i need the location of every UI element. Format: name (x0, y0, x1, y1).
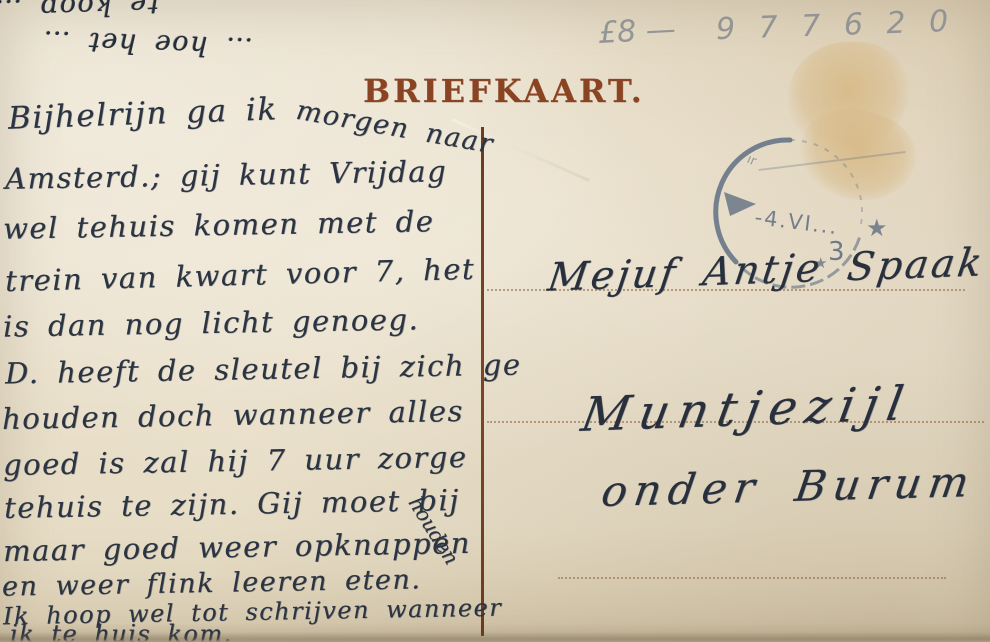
message-line: maar goed weer opknappen (3, 526, 471, 568)
postcard-back: BRIEFKAART. £8 — 9 7 7 6 2 0 ır -4.VI...… (0, 0, 990, 642)
message-line: goed is zal hij 7 uur zorge (3, 440, 468, 482)
message-line: Amsterd.; gij kunt Vrijdag (5, 154, 448, 196)
message-line: wel tehuis komen met de (3, 204, 435, 246)
message-line: Bijhelrijn ga ik (7, 91, 278, 136)
message-inverted-line: … hoe het … (42, 24, 254, 62)
address-dotted-line (558, 577, 946, 579)
message-line: tehuis te zijn. Gij moet bij (4, 483, 460, 525)
postmark-date: -4.VI... (753, 205, 840, 239)
message-line: houden doch wanneer alles (2, 394, 464, 436)
briefkaart-title: BRIEFKAART. (363, 72, 645, 110)
message-line: is dan nog licht genoeg. (3, 302, 420, 343)
pencil-number-note: 9 7 7 6 2 0 (715, 4, 955, 47)
address-municipality: onder Burum (598, 457, 979, 516)
message-inverted-line: … te koop … (0, 0, 205, 25)
card-bottom-edge (0, 632, 990, 642)
message-line: D. heeft de sleutel bij zich ge (5, 347, 522, 390)
message-line: trein van kwart voor 7, het (5, 252, 476, 298)
address-place: Muntjezijl (577, 376, 916, 443)
postmark-ink-blob (724, 192, 756, 216)
pencil-price-note: £8 — (597, 12, 676, 51)
address-recipient: Mejuf Antje Spaak (545, 240, 987, 300)
star-icon: ★ (866, 214, 888, 242)
